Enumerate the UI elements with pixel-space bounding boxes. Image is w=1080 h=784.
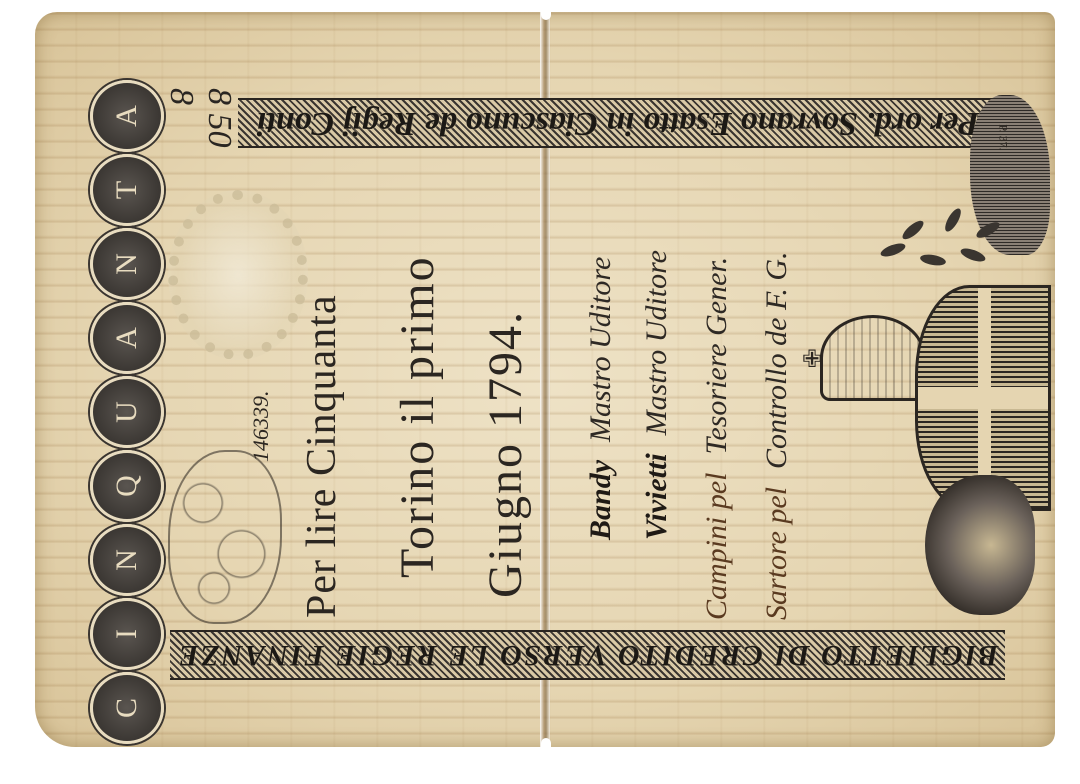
medallion: N	[90, 524, 164, 596]
cinquanta-medallion-column: A T N A U Q N I C	[90, 80, 162, 744]
signature-line: Campini pel Tesoriere Gener.	[700, 257, 734, 620]
crown-icon	[820, 315, 926, 401]
medallion: N	[90, 228, 164, 300]
signature-line: Sartore pel Controllo de F. G.	[760, 251, 794, 620]
signature-line: Vivietti Mastro Uditore	[640, 250, 674, 540]
signature-name: Vivietti	[640, 453, 673, 540]
signature-name: Sartore pel	[760, 487, 793, 620]
signature-title: Mastro Uditore	[640, 250, 673, 435]
medallion: T	[90, 154, 164, 226]
wind-head-icon	[925, 475, 1035, 615]
fold-notch-bottom	[541, 738, 551, 752]
embossed-watermark-icon	[168, 190, 308, 360]
medallion: I	[90, 598, 164, 670]
medallion: U	[90, 376, 164, 448]
savoy-emblem: ✙	[820, 95, 1050, 635]
bottom-hatched-band: BIGLIETTO DI CREDITO VERSO LE REGIE FINA…	[170, 630, 1005, 680]
medallion: Q	[90, 450, 164, 522]
laurel-branch-icon	[880, 205, 1010, 295]
amount-text: Per lire Cinquanta	[298, 294, 346, 618]
place-date-text: Torino il primo	[390, 255, 445, 578]
signature-title: Controllo de F. G.	[760, 251, 793, 469]
cross-icon: ✙	[802, 345, 822, 374]
signature-title: Mastro Uditore	[584, 257, 617, 442]
serial-number: 146339.	[248, 391, 274, 463]
signature-line: Bandy Mastro Uditore	[584, 257, 618, 540]
signature-name: Bandy	[584, 460, 617, 540]
bottom-band-text: BIGLIETTO DI CREDITO VERSO LE REGIE FINA…	[177, 638, 999, 672]
signature-title: Tesoriere Gener.	[700, 257, 733, 455]
medallion: A	[90, 80, 164, 152]
calligraphic-flourish-icon	[168, 450, 282, 624]
plate-mark: P. 37.	[996, 124, 1011, 150]
signature-name: Campini pel	[700, 473, 733, 621]
month-year-text: Giugno 1794.	[478, 310, 533, 598]
medallion: A	[90, 302, 164, 374]
medallion: C	[90, 672, 164, 744]
denomination-mark: 8 50 8	[165, 88, 235, 158]
fold-notch-top	[541, 10, 551, 20]
